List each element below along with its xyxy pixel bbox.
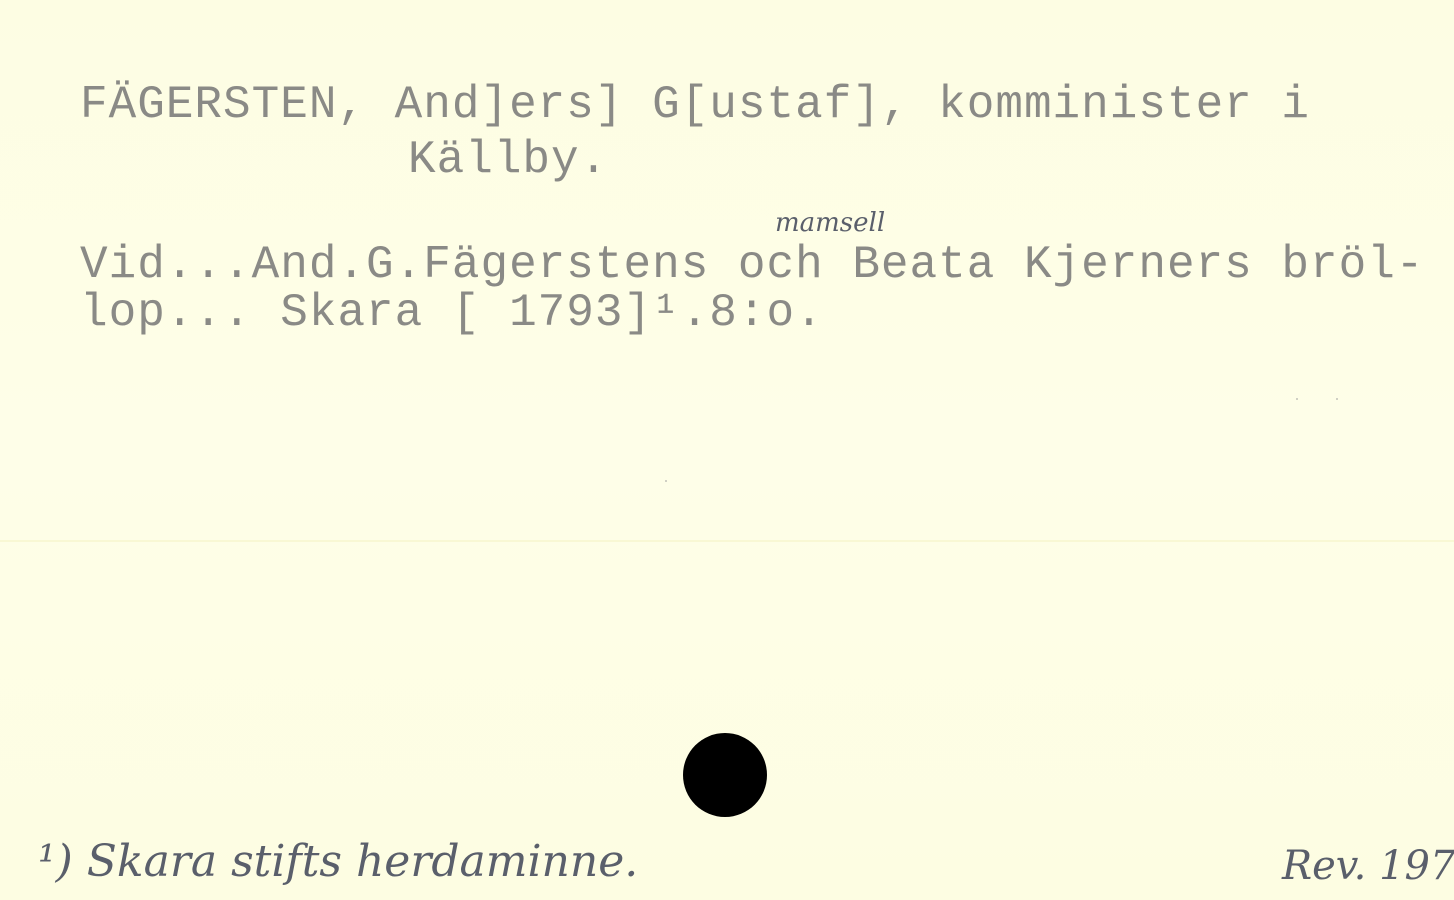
footnote-annotation: ¹) Skara stifts herdaminne. — [38, 840, 638, 884]
paper-speck — [665, 480, 667, 482]
interlinear-annotation: mamsell — [775, 210, 885, 236]
catalog-card: FÄGERSTEN, And]ers] G[ustaf], komministe… — [0, 0, 1454, 900]
title-line-2: lop... Skara [ 1793]¹.8:o. — [80, 290, 824, 336]
card-fold-line — [0, 540, 1454, 542]
heading-line-2: Källby. — [408, 137, 608, 183]
title-line-1: Vid...And.G.Fägerstens och Beata Kjerner… — [80, 242, 1424, 288]
heading-line-1: FÄGERSTEN, And]ers] G[ustaf], komministe… — [80, 82, 1310, 128]
revision-note: Rev. 1970 — [1282, 846, 1454, 886]
punch-hole — [683, 733, 767, 817]
paper-speck — [1296, 398, 1298, 400]
paper-speck — [1336, 398, 1338, 400]
